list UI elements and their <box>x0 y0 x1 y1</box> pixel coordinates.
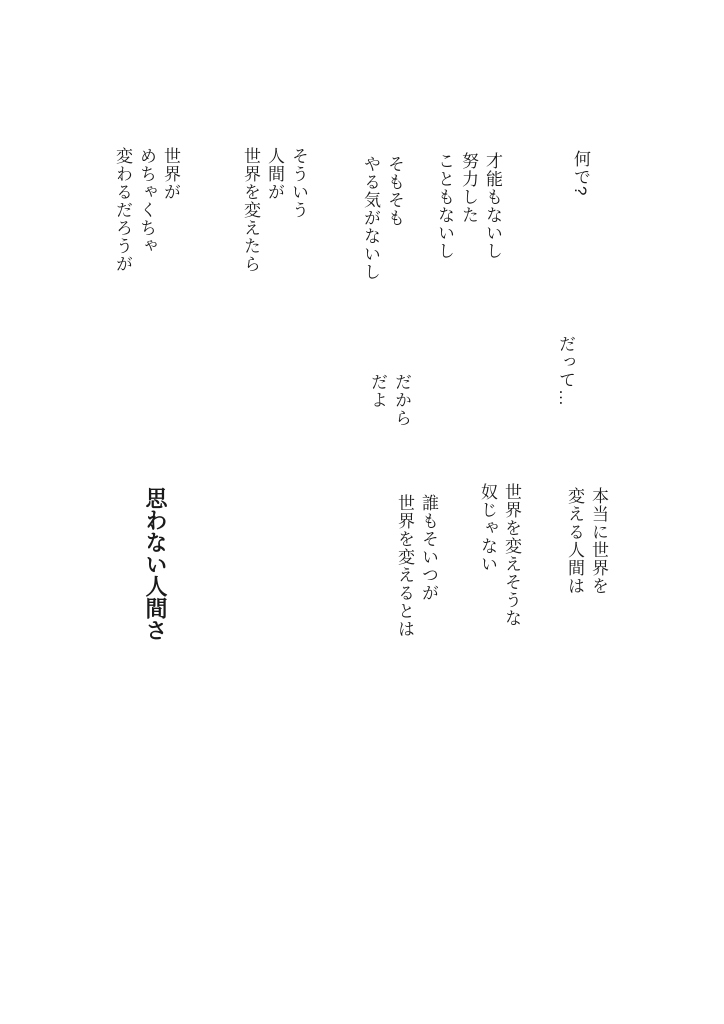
dialogue-line: 何で? <box>568 150 592 196</box>
dialogue-line: 人間が <box>262 147 286 273</box>
dialogue-line: 変える人間は <box>562 487 586 595</box>
dialogue-line: 奴じゃない <box>475 483 499 627</box>
dialogue-block-thats-why: だから だよ <box>365 373 413 427</box>
document-page: 何で? 才能もないし 努力した こともないし そもそも やる気がないし そういう… <box>0 0 724 1024</box>
dialogue-line: だよ <box>365 373 389 427</box>
dialogue-line: めちゃくちゃ <box>134 147 158 273</box>
dialogue-block-if-such-person: そういう 人間が 世界を変えたら <box>238 147 310 273</box>
dialogue-line: そもそも <box>382 155 406 281</box>
dialogue-line: 世界を変えたら <box>238 147 262 273</box>
dialogue-line: だから <box>389 373 413 427</box>
dialogue-block-no-motivation: そもそも やる気がないし <box>358 155 406 281</box>
dialogue-line: 世界を変えそうな <box>499 483 523 627</box>
dialogue-line: 変わるだろうが <box>110 147 134 273</box>
dialogue-block-nobody-thinks: 誰もそいつが 世界を変えるとは <box>392 494 440 638</box>
dialogue-line: こともないし <box>432 152 456 260</box>
dialogue-line: やる気がないし <box>358 155 382 281</box>
dialogue-block-truly-changes-world: 本当に世界を 変える人間は <box>562 487 610 595</box>
dialogue-block-because: だって… <box>553 335 577 407</box>
dialogue-block-no-talent: 才能もないし 努力した こともないし <box>432 152 504 260</box>
dialogue-line: だって… <box>553 335 577 407</box>
dialogue-line: 才能もないし <box>480 152 504 260</box>
dialogue-block-why: 何で? <box>568 150 592 196</box>
dialogue-line: 誰もそいつが <box>416 494 440 638</box>
dialogue-line-emphasized: 思わない人間さ <box>142 487 168 641</box>
dialogue-line: 世界が <box>158 147 182 273</box>
dialogue-block-emphasis-closing: 思わない人間さ <box>142 487 168 641</box>
dialogue-block-not-likely-person: 世界を変えそうな 奴じゃない <box>475 483 523 627</box>
dialogue-line: そういう <box>286 147 310 273</box>
dialogue-block-world-would-change: 世界が めちゃくちゃ 変わるだろうが <box>110 147 182 273</box>
dialogue-line: 本当に世界を <box>586 487 610 595</box>
dialogue-line: 努力した <box>456 152 480 260</box>
dialogue-line: 世界を変えるとは <box>392 494 416 638</box>
